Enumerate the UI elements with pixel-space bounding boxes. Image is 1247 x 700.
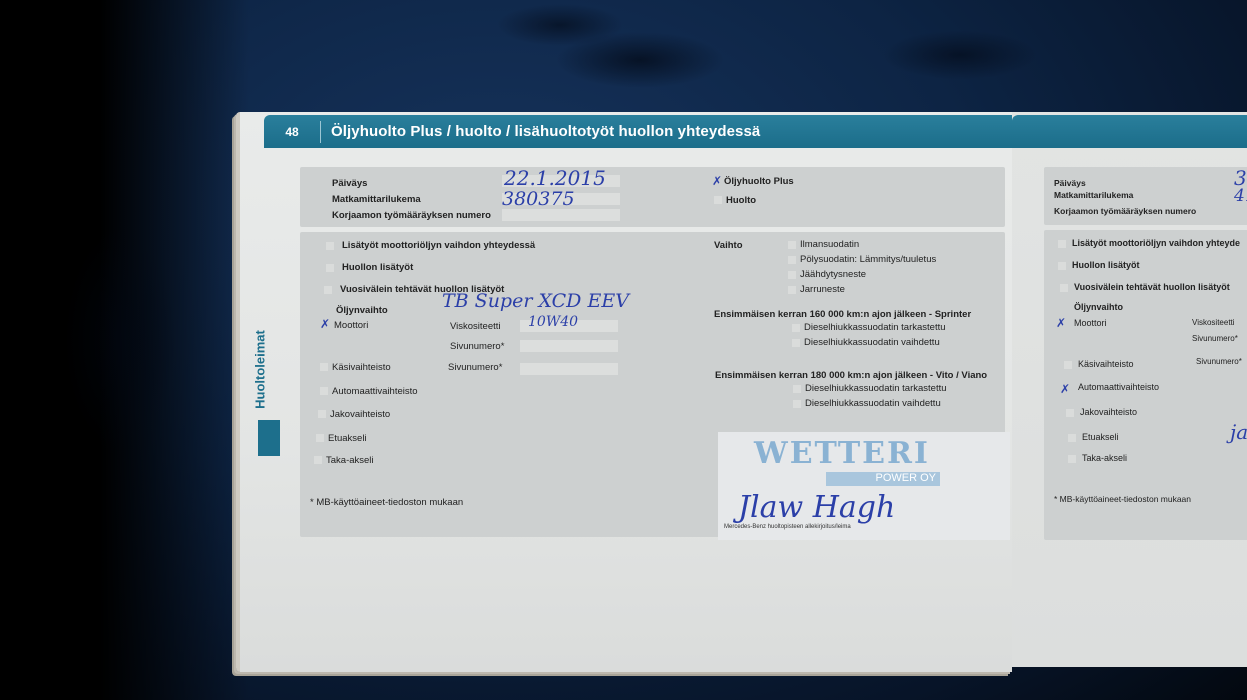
- side-tab-label: Huoltoleimat: [253, 300, 268, 440]
- signature-caption: Mercedes-Benz huoltopisteen allekirjoitu…: [724, 524, 851, 530]
- right-work-order-label: Korjaamon työmääräyksen numero: [1054, 206, 1196, 216]
- viscosity-label: Viskositeetti: [450, 321, 501, 332]
- oil-service-plus-check[interactable]: ✗: [712, 174, 722, 188]
- extra-work-checkbox[interactable]: [326, 242, 334, 250]
- dealer-stamp: WETTERI: [754, 436, 930, 471]
- rear-axle-checkbox[interactable]: [314, 456, 322, 464]
- side-tab-marker: [258, 420, 280, 456]
- service-checkbox[interactable]: [714, 196, 722, 204]
- date-value: 22.1.2015: [504, 166, 606, 190]
- replacement-heading: Vaihto: [714, 240, 743, 251]
- transfer-checkbox[interactable]: [318, 410, 326, 418]
- signature: Jlaw Hagh: [738, 490, 895, 525]
- brake-fluid-checkbox[interactable]: [788, 286, 796, 294]
- left-page: 48 Öljyhuolto Plus / huolto / lisähuolto…: [236, 112, 1012, 672]
- brake-fluid-label: Jarruneste: [800, 284, 845, 295]
- right-automatic-check[interactable]: ✗: [1060, 382, 1070, 396]
- work-order-label: Korjaamon työmääräyksen numero: [332, 210, 491, 221]
- odometer-label: Matkamittarilukema: [332, 194, 421, 205]
- manual-gearbox-label: Käsivaihteisto: [332, 362, 391, 373]
- front-axle-label: Etuakseli: [328, 433, 367, 444]
- air-filter-label: Ilmansuodatin: [800, 239, 859, 250]
- vito-dpf-checked-checkbox[interactable]: [793, 385, 801, 393]
- sprinter-dpf-replaced-label: Dieselhiukkassuodatin vaihdettu: [804, 337, 940, 348]
- engine-label: Moottori: [334, 320, 368, 331]
- engine-page-label: Sivunumero*: [450, 341, 504, 352]
- service-label: Huolto: [726, 195, 756, 206]
- right-page: Päiväys 3 Matkamittarilukema 41 Korjaamo…: [1012, 112, 1247, 667]
- engine-page-field[interactable]: [520, 340, 618, 352]
- rear-axle-label: Taka-akseli: [326, 455, 374, 466]
- right-extra-work-label: Lisätyöt moottoriöljyn vaihdon yhteyde: [1072, 238, 1240, 248]
- oil-change-heading: Öljynvaihto: [336, 305, 388, 316]
- right-annual-extra-checkbox[interactable]: [1060, 284, 1068, 292]
- signature-stamp-area: WETTERI POWER OY Jlaw Hagh Mercedes-Benz…: [718, 432, 1010, 540]
- right-odometer-value: 41: [1234, 186, 1247, 206]
- automatic-checkbox[interactable]: [320, 387, 328, 395]
- viscosity-value: 10W40: [528, 314, 578, 330]
- side-tab: Huoltoleimat: [250, 302, 272, 462]
- right-front-axle-checkbox[interactable]: [1068, 434, 1076, 442]
- page-number: 48: [264, 121, 321, 143]
- work-order-field[interactable]: [502, 209, 620, 221]
- coolant-checkbox[interactable]: [788, 271, 796, 279]
- front-axle-checkbox[interactable]: [316, 434, 324, 442]
- manual-gearbox-page-field[interactable]: [520, 363, 618, 375]
- right-viscosity-label: Viskositeetti: [1192, 318, 1235, 327]
- right-handwritten-note: jau: [1230, 420, 1247, 444]
- right-annual-extra-label: Vuosivälein tehtävät huollon lisätyöt: [1074, 282, 1230, 292]
- right-date-label: Päiväys: [1054, 178, 1086, 188]
- annual-extra-checkbox[interactable]: [324, 286, 332, 294]
- air-filter-checkbox[interactable]: [788, 241, 796, 249]
- right-manual-page-label: Sivunumero*: [1196, 357, 1242, 366]
- date-label: Päiväys: [332, 178, 367, 189]
- engine-check[interactable]: ✗: [320, 317, 330, 331]
- right-engine-check[interactable]: ✗: [1056, 316, 1066, 330]
- oil-product-handwritten: TB Super XCD EEV: [442, 290, 629, 312]
- vito-heading: Ensimmäisen kerran 180 000 km:n ajon jäl…: [715, 370, 987, 381]
- extra-work-label: Lisätyöt moottoriöljyn vaihdon yhteydess…: [342, 240, 535, 251]
- right-page-header: [1012, 115, 1247, 148]
- right-engine-label: Moottori: [1074, 318, 1107, 328]
- sprinter-heading: Ensimmäisen kerran 160 000 km:n ajon jäl…: [714, 309, 971, 320]
- right-rear-axle-checkbox[interactable]: [1068, 455, 1076, 463]
- transfer-label: Jakovaihteisto: [330, 409, 390, 420]
- sprinter-dpf-checked-checkbox[interactable]: [792, 324, 800, 332]
- vito-dpf-replaced-label: Dieselhiukkassuodatin vaihdettu: [805, 398, 941, 409]
- odometer-value: 380375: [502, 188, 575, 210]
- right-odometer-label: Matkamittarilukema: [1054, 190, 1133, 200]
- service-extra-checkbox[interactable]: [326, 264, 334, 272]
- right-manual-gearbox-label: Käsivaihteisto: [1078, 359, 1134, 369]
- automatic-label: Automaattivaihteisto: [332, 386, 418, 397]
- sprinter-dpf-replaced-checkbox[interactable]: [792, 339, 800, 347]
- vito-dpf-checked-label: Dieselhiukkassuodatin tarkastettu: [805, 383, 947, 394]
- right-rear-axle-label: Taka-akseli: [1082, 453, 1127, 463]
- sprinter-dpf-checked-label: Dieselhiukkassuodatin tarkastettu: [804, 322, 946, 333]
- right-page-label: Sivunumero*: [1192, 334, 1238, 343]
- service-booklet: 48 Öljyhuolto Plus / huolto / lisähuolto…: [236, 112, 1247, 678]
- right-service-extra-checkbox[interactable]: [1058, 262, 1066, 270]
- manual-gearbox-checkbox[interactable]: [320, 363, 328, 371]
- right-automatic-label: Automaattivaihteisto: [1078, 382, 1159, 392]
- manual-gearbox-page-label: Sivunumero*: [448, 362, 502, 373]
- page-header: 48 Öljyhuolto Plus / huolto / lisähuolto…: [264, 115, 1012, 148]
- right-oil-heading: Öljynvaihto: [1074, 302, 1123, 312]
- right-footnote: * MB-käyttöaineet-tiedoston mukaan: [1054, 494, 1191, 504]
- coolant-label: Jäähdytysneste: [800, 269, 866, 280]
- right-extra-work-checkbox[interactable]: [1058, 240, 1066, 248]
- right-service-extra-label: Huollon lisätyöt: [1072, 260, 1140, 270]
- oil-service-plus-label: Öljyhuolto Plus: [724, 176, 794, 187]
- dealer-stamp-subtitle: POWER OY: [826, 472, 940, 486]
- page-title: Öljyhuolto Plus / huolto / lisähuoltotyö…: [321, 123, 760, 140]
- service-extra-label: Huollon lisätyöt: [342, 262, 413, 273]
- right-front-axle-label: Etuakseli: [1082, 432, 1119, 442]
- right-transfer-checkbox[interactable]: [1066, 409, 1074, 417]
- right-transfer-label: Jakovaihteisto: [1080, 407, 1137, 417]
- footnote: * MB-käyttöaineet-tiedoston mukaan: [310, 497, 463, 508]
- vito-dpf-replaced-checkbox[interactable]: [793, 400, 801, 408]
- pollen-filter-label: Pölysuodatin: Lämmitys/tuuletus: [800, 254, 936, 265]
- pollen-filter-checkbox[interactable]: [788, 256, 796, 264]
- right-manual-gearbox-checkbox[interactable]: [1064, 361, 1072, 369]
